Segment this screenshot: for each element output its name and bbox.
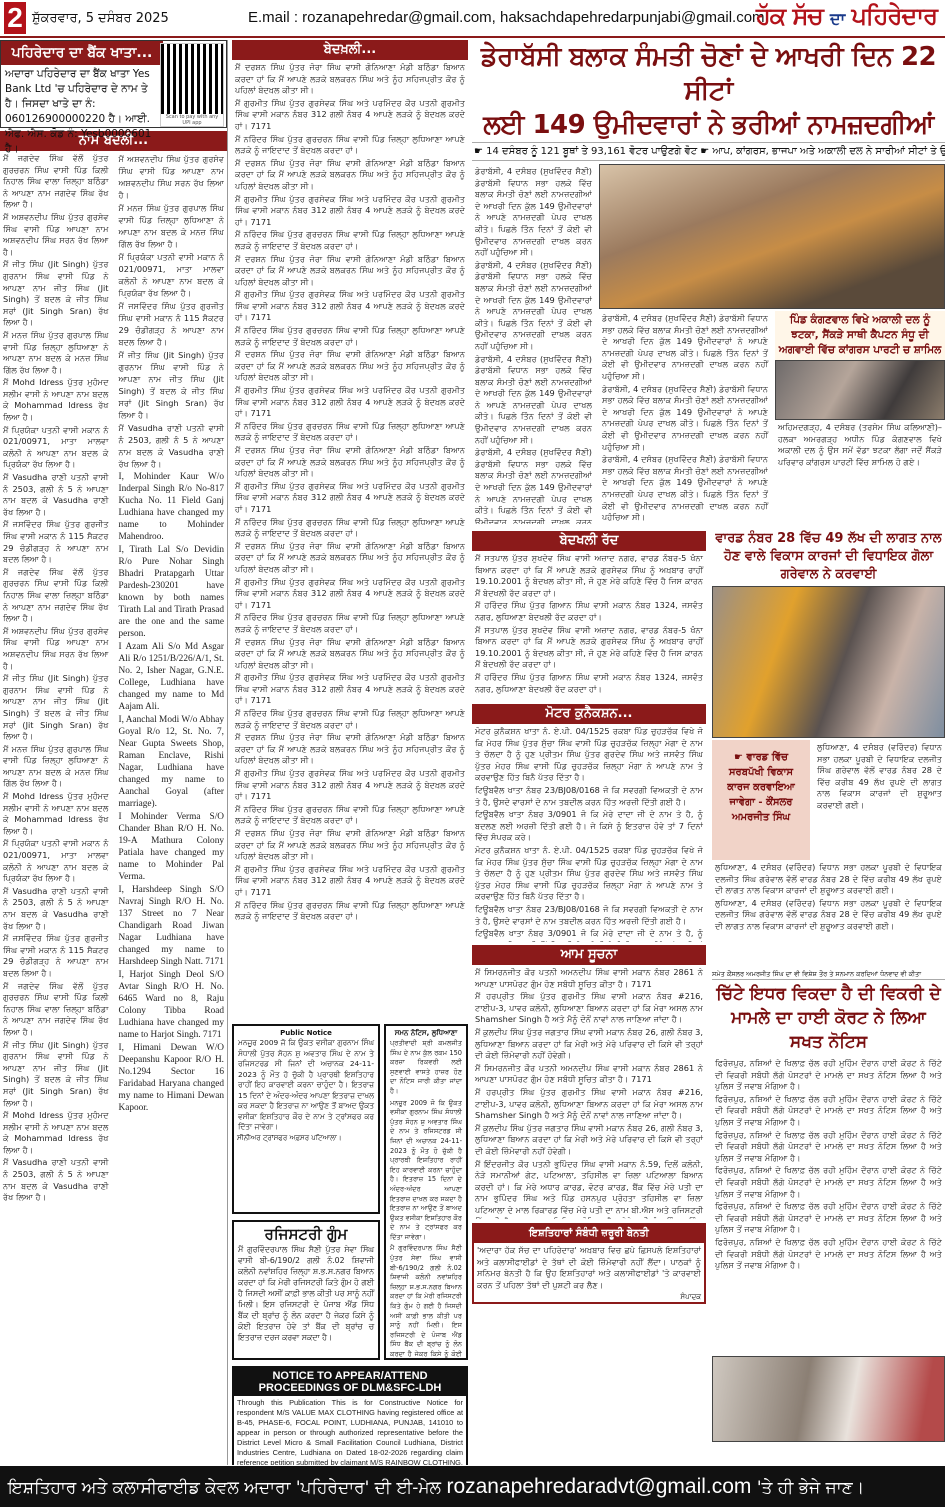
- paragraph: ਡੇਰਾਬੱਸੀ, 4 ਦਸੰਬਰ (ਸੁਖਵਿੰਦਰ ਸੈਣੀ) ਡੇਰਾਬੱ…: [602, 384, 768, 454]
- list-item: ਮੈਂ ਗੁਰਮੀਤ ਸਿੰਘ ਪੁੱਤਰ ਗੁਰਸੇਵਕ ਸਿੰਘ ਅਤੇ ਪ…: [235, 577, 465, 612]
- registry-lost-box: ਰਜਿਸਟਰੀ ਗੁੰਮ ਮੈਂ ਗੁਰਵਿੰਦਰਪਾਲ ਸਿੰਘ ਸੈਣੀ ਪ…: [232, 1220, 380, 1360]
- ads-notice-box: ਇਸ਼ਤਿਹਾਰਾਂ ਸੰਬੰਧੀ ਜ਼ਰੂਰੀ ਬੇਨਤੀ 'ਅਦਾਰਾ ਹੱ…: [472, 1223, 706, 1304]
- list-item: ਮੈਂ ਦਰਸ਼ਨ ਸਿੰਘ ਪੁੱਤਰ ਜੋਰਾ ਸਿੰਘ ਵਾਸੀ ਗੋਨਿ…: [235, 445, 465, 480]
- list-item: ਮੈਂ ਕੁਲਦੀਪ ਸਿੰਘ ਪੁੱਤਰ ਜਗਤਾਰ ਸਿੰਘ ਵਾਸੀ ਮਕ…: [475, 1027, 703, 1062]
- list-item: ਮੈਂ ਪ੍ਰਿਯੰਕਾ ਪਤਨੀ ਵਾਸੀ ਮਕਾਨ ਨੰ 021/00971…: [3, 838, 109, 884]
- paragraph: ਫਿਰੋਜ਼ਪੁਰ, ਨਸ਼ਿਆਂ ਦੇ ਖਿਲਾਫ਼ ਚੱਲ ਰਹੀ ਮੁਹਿ…: [715, 1094, 942, 1129]
- public-notice-signature: ਸੀਨੀਅਰ ਟ੍ਰਾਂਸਫਰ ਅਫ਼ਸਰ ਪਟਿਆਲਾ।: [237, 1134, 375, 1143]
- ads-notice-signature: ਸੰਪਾਦਕ: [474, 1293, 704, 1302]
- court-notice-body-2: ਮਨਜ਼ੂਰ 2009 ਜੋ ਕਿ ਉਕਤ ਵਸੀਕਾ ਗੁਰਨਾਮ ਸਿੰਘ …: [389, 1098, 463, 1244]
- list-item-en: I, Harjot Singh Deol S/O Avtar Singh R/O…: [119, 969, 225, 1041]
- logo-right: ਪਹਿਰੇਦਾਰ: [852, 2, 937, 30]
- list-item: ਮੈਂ ਹਰਪ੍ਰੀਤ ਸਿੰਘ ਪੁੱਤਰ ਗੁਰਮੀਤ ਸਿੰਘ ਵਾਸੀ …: [475, 991, 703, 1026]
- list-item: ਮੈਂ ਜੀਤ ਸਿੰਘ (Jit Singh) ਪੁੱਤਰ ਗੁਰਨਾਮ ਸਿ…: [3, 1040, 109, 1110]
- story-3-body-2: ਲੁਧਿਆਣਾ, 4 ਦਸੰਬਰ (ਵਰਿੰਦਰ) ਵਿਧਾਨ ਸਭਾ ਹਲਕਾ…: [712, 860, 945, 970]
- paragraph: ਡੇਰਾਬੱਸੀ, 4 ਦਸੰਬਰ (ਸੁਖਵਿੰਦਰ ਸੈਣੀ) ਡੇਰਾਬੱ…: [475, 166, 592, 259]
- public-notice-box: Public Notice ਮਨਜ਼ੂਰ 2009 ਜੋ ਕਿ ਉਕਤ ਵਸੀਕ…: [232, 1024, 380, 1214]
- list-item: ਮੈਂ ਜਗਦੇਵ ਸਿੰਘ ਵੱਲੋਂ ਪੁੱਤਰ ਗੁਰਚਰਨ ਸਿੰਘ ਵ…: [3, 567, 109, 625]
- disown-cancel-list: ਮੈਂ ਸਤਪਾਲ ਪੁੱਤਰ ਸੁਖਦੇਵ ਸਿੰਘ ਵਾਸੀ ਅਜ਼ਾਦ ਨ…: [472, 551, 706, 701]
- list-item: ਮੈਂ Mohd Idress ਪੁੱਤਰ ਮੁਹੰਮਦ ਸਲੀਮ ਵਾਸੀ ਨ…: [3, 377, 109, 423]
- list-item: ਮੈਂ Mohd Idress ਪੁੱਤਰ ਮੁਹੰਮਦ ਸਲੀਮ ਵਾਸੀ ਨ…: [3, 1110, 109, 1156]
- list-item: ਮੈਂ ਨਰਿੰਦਰ ਸਿੰਘ ਪੁੱਤਰ ਗੁਰਚਰਨ ਸਿੰਘ ਵਾਸੀ ਪ…: [235, 612, 465, 635]
- list-item: ਮੈਂ ਦਰਸ਼ਨ ਸਿੰਘ ਪੁੱਤਰ ਜੋਰਾ ਸਿੰਘ ਵਾਸੀ ਗੋਨਿ…: [235, 62, 465, 97]
- paragraph: ਲੁਧਿਆਣਾ, 4 ਦਸੰਬਰ (ਵਰਿੰਦਰ) ਵਿਧਾਨ ਸਭਾ ਹਲਕਾ…: [715, 862, 942, 897]
- list-item: ਮੋਟਰ ਕੁਨੈਕਸ਼ਨ ਖਾਤਾ ਨੰ. ਏ.ਪੀ. 04/1525 ਰਕਬ…: [475, 726, 703, 784]
- qr-code-icon[interactable]: Scan to pay with any UPI app: [160, 43, 224, 127]
- list-item: ਟਿਊਬਵੈਲ ਖਾਤਾ ਨੰਬਰ 23/BJ08/0168 ਜੋ ਕਿ ਸਵਰ…: [475, 785, 703, 808]
- list-item: ਮੈਂ ਨਰਿੰਦਰ ਸਿੰਘ ਪੁੱਤਰ ਗੁਰਚਰਨ ਸਿੰਘ ਵਾਸੀ ਪ…: [235, 708, 465, 731]
- list-item: ਮੈਂ ਜੀਤ ਸਿੰਘ (Jit Singh) ਪੁੱਤਰ ਗੁਰਨਾਮ ਸਿ…: [119, 349, 225, 421]
- bank-account-box: ਪਹਿਰੇਦਾਰ ਦਾ ਬੈਂਕ ਖਾਤਾ... ਅਦਾਰਾ ਪਹਿਰੇਦਾਰ …: [0, 40, 227, 128]
- list-item: ਮੋਟਰ ਕੁਨੈਕਸ਼ਨ ਖਾਤਾ ਨੰ. ਏ.ਪੀ. 04/1525 ਰਕਬ…: [475, 845, 703, 903]
- header-email[interactable]: E.mail : rozanapehredar@gmail.com, haksa…: [248, 9, 765, 26]
- paragraph: ਡੇਰਾਬੱਸੀ, 4 ਦਸੰਬਰ (ਸੁਖਵਿੰਦਰ ਸੈਣੀ) ਡੇਰਾਬੱ…: [475, 447, 592, 524]
- list-item-en: I Azam Ali S/o Md Asgar Ali R/o 1251/B/2…: [119, 641, 225, 713]
- story-4-photo: [712, 1356, 945, 1442]
- lead-headline-2: ਲਈ 149 ਉਮੀਦਵਾਰਾਂ ਨੇ ਭਰੀਆਂ ਨਾਮਜ਼ਦਗੀਆਂ: [472, 108, 945, 142]
- dlm-notice: NOTICE TO APPEAR/ATTEND PROCEEDINGS OF D…: [232, 1366, 468, 1465]
- lead-story-block: ਡੇਰਾਬੱਸੀ, 4 ਦਸੰਬਰ (ਸੁਖਵਿੰਦਰ ਸੈਣੀ) ਡੇਰਾਬੱ…: [472, 164, 945, 528]
- list-item: ਮੈਂ ਗੁਰਮੀਤ ਸਿੰਘ ਪੁੱਤਰ ਗੁਰਸੇਵਕ ਸਿੰਘ ਅਤੇ ਪ…: [235, 672, 465, 707]
- dlm-notice-body: Through this Publication This is for Con…: [234, 1396, 466, 1465]
- list-item: ਮੈਂ ਸਿਮਰਨਜੀਤ ਕੌਰ ਪਤਨੀ ਅਮਨਦੀਪ ਸਿੰਘ ਵਾਸੀ ਮ…: [475, 967, 703, 990]
- paragraph: ਡੇਰਾਬੱਸੀ, 4 ਦਸੰਬਰ (ਸੁਖਵਿੰਦਰ ਸੈਣੀ) ਡੇਰਾਬੱ…: [475, 354, 592, 447]
- section-disown-cancel: ਬੇਦਖਲੀ ਰੱਦ: [472, 531, 706, 551]
- list-item: ਮੈਂ ਅਸ਼ਵਨਦੀਪ ਸਿੰਘ ਪੁੱਤਰ ਗੁਰਸੇਵ ਸਿੰਘ ਵਾਸੀ…: [119, 153, 225, 201]
- name-change-punjabi: ਮੈਂ ਜਗਦੇਵ ਸਿੰਘ ਵੱਲੋਂ ਪੁੱਤਰ ਗੁਰਚਰਨ ਸਿੰਘ ਵ…: [0, 151, 112, 1207]
- list-item: ਮੈਂ ਦਰਸ਼ਨ ਸਿੰਘ ਪੁੱਤਰ ਜੋਰਾ ਸਿੰਘ ਵਾਸੀ ਗੋਨਿ…: [235, 349, 465, 384]
- story-4-body: ਫਿਰੋਜ਼ਪੁਰ, ਨਸ਼ਿਆਂ ਦੇ ਖਿਲਾਫ਼ ਚੱਲ ਰਹੀ ਮੁਹਿ…: [712, 1056, 945, 1356]
- paragraph: ਡੇਰਾਬੱਸੀ, 4 ਦਸੰਬਰ (ਸੁਖਵਿੰਦਰ ਸੈਣੀ) ਡੇਰਾਬੱ…: [475, 260, 592, 353]
- paragraph: ਫਿਰੋਜ਼ਪੁਰ, ਨਸ਼ਿਆਂ ਦੇ ਖਿਲਾਫ਼ ਚੱਲ ਰਹੀ ਮੁਹਿ…: [715, 1165, 942, 1200]
- lead-story-body-2: ਡੇਰਾਬੱਸੀ, 4 ਦਸੰਬਰ (ਸੁਖਵਿੰਦਰ ਸੈਣੀ) ਡੇਰਾਬੱ…: [599, 311, 771, 521]
- story-2: ਪਿੰਡ ਕੰਗਣਵਾਲ ਵਿਖੇ ਅਕਾਲੀ ਦਲ ਨੂੰ ਝਟਕਾ, ਸੈਂ…: [775, 311, 945, 528]
- page-header: 2 ਸ਼ੁੱਕਰਵਾਰ, 5 ਦਸੰਬਰ 2025 E.mail : rozan…: [0, 0, 945, 38]
- issue-date: ਸ਼ੁੱਕਰਵਾਰ, 5 ਦਸੰਬਰ 2025: [32, 11, 169, 26]
- dlm-notice-title: NOTICE TO APPEAR/ATTEND PROCEEDINGS OF D…: [234, 1368, 466, 1396]
- bank-body: ਅਦਾਰਾ ਪਹਿਰੇਦਾਰ ਦਾ ਬੈਂਕ ਖਾਤਾ Yes Bank Ltd…: [5, 67, 161, 157]
- list-item-en: I, Harshdeep Singh S/O Navraj Singh R/O …: [119, 884, 225, 968]
- court-notice-title: ਸਮਨ ਨੋਟਿਸ, ਲੁਧਿਆਣਾ: [389, 1029, 463, 1038]
- disown-list: ਮੈਂ ਦਰਸ਼ਨ ਸਿੰਘ ਪੁੱਤਰ ਜੋਰਾ ਸਿੰਘ ਵਾਸੀ ਗੋਨਿ…: [232, 60, 468, 1020]
- list-item: ਮੈਂ ਅਸ਼ਵਨਦੀਪ ਸਿੰਘ ਪੁੱਤਰ ਗੁਰਸੇਵ ਸਿੰਘ ਵਾਸੀ…: [3, 626, 109, 672]
- list-item: ਮੈਂ ਨਰਿੰਦਰ ਸਿੰਘ ਪੁੱਤਰ ਗੁਰਚਰਨ ਸਿੰਘ ਵਾਸੀ ਪ…: [235, 517, 465, 540]
- name-change-mixed: ਮੈਂ ਅਸ਼ਵਨਦੀਪ ਸਿੰਘ ਪੁੱਤਰ ਗੁਰਸੇਵ ਸਿੰਘ ਵਾਸੀ…: [116, 151, 228, 1207]
- list-item: ਮੈਂ ਨਰਿੰਦਰ ਸਿੰਘ ਪੁੱਤਰ ਗੁਰਚਰਨ ਸਿੰਘ ਵਾਸੀ ਪ…: [235, 804, 465, 827]
- paragraph: ਲੁਧਿਆਣਾ, 4 ਦਸੰਬਰ (ਵਰਿੰਦਰ) ਵਿਧਾਨ ਸਭਾ ਹਲਕਾ…: [715, 898, 942, 933]
- list-item: ਮੈਂ ਜਸਵਿੰਦਰ ਸਿੰਘ ਪੁੱਤਰ ਗੁਰਜੀਤ ਸਿੰਘ ਵਾਸੀ …: [3, 933, 109, 979]
- page-number: 2: [4, 2, 26, 34]
- list-item: ਮੈਂ ਗੁਰਮੀਤ ਸਿੰਘ ਪੁੱਤਰ ਗੁਰਸੇਵਕ ਸਿੰਘ ਅਤੇ ਪ…: [235, 194, 465, 229]
- list-item-en: I, Mohinder Kaur W/o Inderpal Singh R/o …: [119, 471, 225, 543]
- list-item: ਮੈਂ ਗੁਰਮੀਤ ਸਿੰਘ ਪੁੱਤਰ ਗੁਰਸੇਵਕ ਸਿੰਘ ਅਤੇ ਪ…: [235, 385, 465, 420]
- list-item: ਮੈਂ ਮਨਜ਼ ਸਿੰਘ ਪੁੱਤਰ ਗੁਰਪਾਲ ਸਿੰਘ ਵਾਸੀ ਪਿੰ…: [3, 330, 109, 376]
- list-item: ਮੈਂ ਹਰਿੰਦਰ ਸਿੰਘ ਪੁੱਤਰ ਗਿਆਨ ਸਿੰਘ ਵਾਸੀ ਮਕਾ…: [475, 672, 703, 695]
- ads-notice-title: ਇਸ਼ਤਿਹਾਰਾਂ ਸੰਬੰਧੀ ਜ਼ਰੂਰੀ ਬੇਨਤੀ: [474, 1225, 704, 1243]
- list-item: ਮੈਂ ਹਰਪ੍ਰੀਤ ਸਿੰਘ ਪੁੱਤਰ ਗੁਰਮੀਤ ਸਿੰਘ ਵਾਸੀ …: [475, 1087, 703, 1122]
- list-item: ਮੈਂ ਦਰਸ਼ਨ ਸਿੰਘ ਪੁੱਤਰ ਜੋਰਾ ਸਿੰਘ ਵਾਸੀ ਗੋਨਿ…: [235, 732, 465, 767]
- story-3-photo: [712, 586, 945, 738]
- section-meter: ਮੋਟਰ ਕੁਨੈਕਸ਼ਨ...: [472, 704, 706, 724]
- ads-notice-body: 'ਅਦਾਰਾ ਹੱਕ ਸੱਚ ਦਾ ਪਹਿਰੇਦਾਰ' ਅਖ਼ਬਾਰ ਵਿਚ ਛ…: [474, 1243, 704, 1293]
- list-item: ਮੈਂ ਗੁਰਮੀਤ ਸਿੰਘ ਪੁੱਤਰ ਗੁਰਸੇਵਕ ਸਿੰਘ ਅਤੇ ਪ…: [235, 98, 465, 133]
- list-item-en: I, Tirath Lal S/o Devidin R/o Pure Nohar…: [119, 544, 225, 640]
- list-item: ਮੈਂ ਸਤਪਾਲ ਪੁੱਤਰ ਸੁਖਦੇਵ ਸਿੰਘ ਵਾਸੀ ਅਜ਼ਾਦ ਨ…: [475, 553, 703, 599]
- story-3-headline: ਵਾਰਡ ਨੰਬਰ 28 ਵਿੱਚ 49 ਲੱਖ ਦੀ ਲਾਗਤ ਨਾਲ ਹੋਣ…: [712, 528, 945, 586]
- list-item: ਮੈਂ ਗੁਰਮੀਤ ਸਿੰਘ ਪੁੱਤਰ ਗੁਰਸੇਵਕ ਸਿੰਘ ਅਤੇ ਪ…: [235, 768, 465, 803]
- list-item: ਮੈਂ ਗੁਰਮੀਤ ਸਿੰਘ ਪੁੱਤਰ ਗੁਰਸੇਵਕ ਸਿੰਘ ਅਤੇ ਪ…: [235, 864, 465, 899]
- list-item: ਮੈਂ ਜੀਤ ਸਿੰਘ (Jit Singh) ਪੁੱਤਰ ਗੁਰਨਾਮ ਸਿ…: [3, 259, 109, 329]
- list-item: ਮੈਂ ਗੁਰਮੀਤ ਸਿੰਘ ਪੁੱਤਰ ਗੁਰਸੇਵਕ ਸਿੰਘ ਅਤੇ ਪ…: [235, 289, 465, 324]
- lower-right-block: ਬੇਦਖਲੀ ਰੱਦ ਮੈਂ ਸਤਪਾਲ ਪੁੱਤਰ ਸੁਖਦੇਵ ਸਿੰਘ ਵ…: [472, 528, 945, 1442]
- list-item: ਮੈਂ ਜਸਵਿੰਦਰ ਸਿੰਘ ਪੁੱਤਰ ਗੁਰਜੀਤ ਸਿੰਘ ਵਾਸੀ …: [119, 300, 225, 348]
- public-notice-body: ਮਨਜ਼ੂਰ 2009 ਜੋ ਕਿ ਉਕਤ ਵਸੀਕਾ ਗੁਰਨਾਮ ਸਿੰਘ …: [237, 1037, 375, 1134]
- list-item: ਮੈਂ ਜਸਵਿੰਦਰ ਸਿੰਘ ਪੁੱਤਰ ਗੁਰਜੀਤ ਸਿੰਘ ਵਾਸੀ …: [3, 519, 109, 565]
- footer-email[interactable]: rozanapehredaradvt@gmail.com: [446, 1475, 751, 1498]
- list-item: ਮੈਂ ਦਰਸ਼ਨ ਸਿੰਘ ਪੁੱਤਰ ਜੋਰਾ ਸਿੰਘ ਵਾਸੀ ਗੋਨਿ…: [235, 254, 465, 289]
- story-3-body: ਲੁਧਿਆਣਾ, 4 ਦਸੰਬਰ (ਵਰਿੰਦਰ) ਵਿਧਾਨ ਸਭਾ ਹਲਕਾ…: [814, 740, 945, 860]
- list-item: ਮੈਂ Vasudha ਰਾਣੀ ਪਤਨੀ ਵਾਸੀ ਨੰ 2503, ਗਲੀ …: [3, 472, 109, 518]
- list-item: ਮੈਂ ਦਰਸ਼ਨ ਸਿੰਘ ਪੁੱਤਰ ਜੋਰਾ ਸਿੰਘ ਵਾਸੀ ਗੋਨਿ…: [235, 541, 465, 576]
- lead-story-body: ਡੇਰਾਬੱਸੀ, 4 ਦਸੰਬਰ (ਸੁਖਵਿੰਦਰ ਸੈਣੀ) ਡੇਰਾਬੱ…: [472, 164, 595, 524]
- list-item: ਮੈਂ Vasudha ਰਾਣੀ ਪਤਨੀ ਵਾਸੀ ਨੰ 2503, ਗਲੀ …: [119, 422, 225, 470]
- masthead-logo: ਹੱਕ ਸੱਚ ਦਾ ਪਹਿਰੇਦਾਰ: [756, 2, 937, 30]
- meter-list: ਮੋਟਰ ਕੁਨੈਕਸ਼ਨ ਖਾਤਾ ਨੰ. ਏ.ਪੀ. 04/1525 ਰਕਬ…: [472, 724, 706, 942]
- list-item: ਮੈਂ ਦਰਸ਼ਨ ਸਿੰਘ ਪੁੱਤਰ ਜੋਰਾ ਸਿੰਘ ਵਾਸੀ ਗੋਨਿ…: [235, 637, 465, 672]
- list-item: ਮੈਂ ਇੰਦਰਜੀਤ ਕੌਰ ਪਤਨੀ ਭੁਪਿੰਦਰ ਸਿੰਘ ਵਾਸੀ ਮ…: [475, 1159, 703, 1220]
- paragraph: ਫਿਰੋਜ਼ਪੁਰ, ਨਸ਼ਿਆਂ ਦੇ ਖਿਲਾਫ਼ ਚੱਲ ਰਹੀ ਮੁਹਿ…: [715, 1237, 942, 1272]
- list-item: ਮੈਂ ਜੀਤ ਸਿੰਘ (Jit Singh) ਪੁੱਤਰ ਗੁਰਨਾਮ ਸਿ…: [3, 673, 109, 743]
- list-item: ਮੈਂ ਨਰਿੰਦਰ ਸਿੰਘ ਪੁੱਤਰ ਗੁਰਚਰਨ ਸਿੰਘ ਵਾਸੀ ਪ…: [235, 134, 465, 157]
- list-item-en: I Mohinder Verma S/O Chander Bhan R/O H.…: [119, 811, 225, 883]
- middle-column: ਬੇਦਖ਼ਲੀ... ਮੈਂ ਦਰਸ਼ਨ ਸਿੰਘ ਪੁੱਤਰ ਜੋਰਾ ਸਿੰ…: [232, 40, 468, 1465]
- right-column: ਡੇਰਾਬੱਸੀ ਬਲਾਕ ਸੰਮਤੀ ਚੋਣਾਂ ਦੇ ਆਖਰੀ ਦਿਨ 22…: [472, 40, 945, 1465]
- lead-subhead: ☛ 14 ਦਸੰਬਰ ਨੂੰ 121 ਬੂਥਾਂ ਤੇ 93,161 ਵੋਟਰ …: [472, 142, 945, 161]
- footer-suffix: 'ਤੇ ਹੀ ਭੇਜੇ ਜਾਣ।: [757, 1478, 864, 1498]
- list-item: ਟਿਊਬਵੈਲ ਖਾਤਾ ਨੰਬਰ 3/0901 ਜੋ ਕਿ ਮੇਰੇ ਦਾਦਾ…: [475, 809, 703, 844]
- list-item: ਮੈਂ ਮਨਜ਼ ਸਿੰਘ ਪੁੱਤਰ ਗੁਰਪਾਲ ਸਿੰਘ ਵਾਸੀ ਪਿੰ…: [119, 202, 225, 250]
- list-item: ਮੈਂ ਪ੍ਰਿਯੰਕਾ ਪਤਨੀ ਵਾਸੀ ਮਕਾਨ ਨੰ 021/00971…: [3, 425, 109, 471]
- list-item: ਮੈਂ ਨਰਿੰਦਰ ਸਿੰਘ ਪੁੱਤਰ ਗੁਰਚਰਨ ਸਿੰਘ ਵਾਸੀ ਪ…: [235, 421, 465, 444]
- legal-left: Public Notice ਮਨਜ਼ੂਰ 2009 ਜੋ ਕਿ ਉਕਤ ਵਸੀਕ…: [232, 1024, 380, 1360]
- list-item: ਮੈਂ Vasudha ਰਾਣੀ ਪਤਨੀ ਵਾਸੀ ਨੰ 2503, ਗਲੀ …: [3, 1157, 109, 1203]
- public-notice-list: ਮੈਂ ਸਿਮਰਨਜੀਤ ਕੌਰ ਪਤਨੀ ਅਮਨਦੀਪ ਸਿੰਘ ਵਾਸੀ ਮ…: [472, 965, 706, 1219]
- stories-right: ਵਾਰਡ ਨੰਬਰ 28 ਵਿੱਚ 49 ਲੱਖ ਦੀ ਲਾਗਤ ਨਾਲ ਹੋਣ…: [712, 528, 945, 1442]
- list-item: ਮੈਂ Mohd Idress ਪੁੱਤਰ ਮੁਹੰਮਦ ਸਲੀਮ ਵਾਸੀ ਨ…: [3, 791, 109, 837]
- section-disown: ਬੇਦਖ਼ਲੀ...: [232, 40, 468, 60]
- list-item: ਮੈਂ ਕੁਲਦੀਪ ਸਿੰਘ ਪੁੱਤਰ ਜਗਤਾਰ ਸਿੰਘ ਵਾਸੀ ਮਕ…: [475, 1123, 703, 1158]
- list-item: ਮੈਂ ਜਗਦੇਵ ਸਿੰਘ ਵੱਲੋਂ ਪੁੱਤਰ ਗੁਰਚਰਨ ਸਿੰਘ ਵ…: [3, 153, 109, 211]
- list-item: ਮੈਂ ਗੁਰਮੀਤ ਸਿੰਘ ਪੁੱਤਰ ਗੁਰਸੇਵਕ ਸਿੰਘ ਅਤੇ ਪ…: [235, 481, 465, 516]
- list-item: ਟਿਊਬਵੈਲ ਖਾਤਾ ਨੰਬਰ 23/BJ08/0168 ਜੋ ਕਿ ਸਵਰ…: [475, 904, 703, 927]
- classifieds-right: ਬੇਦਖਲੀ ਰੱਦ ਮੈਂ ਸਤਪਾਲ ਪੁੱਤਰ ਸੁਖਦੇਵ ਸਿੰਘ ਵ…: [472, 528, 706, 1442]
- list-item: ਮੈਂ ਪ੍ਰਿਯੰਕਾ ਪਤਨੀ ਵਾਸੀ ਮਕਾਨ ਨੰ 021/00971…: [119, 251, 225, 299]
- story-4-headline: ਚਿੱਟੇ ਇਧਰ ਵਿਕਦਾ ਹੈ ਦੀ ਵਿਕਰੀ ਦੇ ਮਾਮਲੇ ਦਾ …: [712, 980, 945, 1056]
- paragraph: ਡੇਰਾਬੱਸੀ, 4 ਦਸੰਬਰ (ਸੁਖਵਿੰਦਰ ਸੈਣੀ) ਡੇਰਾਬੱ…: [602, 454, 768, 521]
- paragraph: ਫਿਰੋਜ਼ਪੁਰ, ਨਸ਼ਿਆਂ ਦੇ ਖਿਲਾਫ਼ ਚੱਲ ਰਹੀ ਮੁਹਿ…: [715, 1058, 942, 1093]
- footer-text: ਇਸ਼ਤਿਹਾਰ ਅਤੇ ਕਲਾਸੀਫਾਈਡ ਕੇਵਲ ਅਦਾਰਾ 'ਪਹਿਰੇ…: [8, 1478, 441, 1498]
- logo-left: ਹੱਕ ਸੱਚ: [756, 2, 823, 30]
- list-item: ਮੈਂ ਸਤਪਾਲ ਪੁੱਤਰ ਸੁਖਦੇਵ ਸਿੰਘ ਵਾਸੀ ਅਜ਼ਾਦ ਨ…: [475, 625, 703, 671]
- court-notice-box: ਸਮਨ ਨੋਟਿਸ, ਲੁਧਿਆਣਾ ਪ੍ਰਤੀਵਾਦੀ ਸ਼੍ਰੀ ਕਮਲਜੀ…: [384, 1024, 468, 1360]
- list-item: ਮੈਂ ਹਰਿੰਦਰ ਸਿੰਘ ਪੁੱਤਰ ਗਿਆਨ ਸਿੰਘ ਵਾਸੀ ਮਕਾ…: [475, 600, 703, 623]
- lead-story-right: ਡੇਰਾਬੱਸੀ, 4 ਦਸੰਬਰ (ਸੁਖਵਿੰਦਰ ਸੈਣੀ) ਡੇਰਾਬੱ…: [599, 164, 945, 528]
- court-notice-body: ਪ੍ਰਤੀਵਾਦੀ ਸ਼੍ਰੀ ਕਮਲਜੀਤ ਸਿੰਘ ਦੇ ਨਾਮ ਕੁੱਲ …: [389, 1038, 463, 1098]
- section-public-notice: ਆਮ ਸੂਚਨਾ: [472, 945, 706, 965]
- list-item: ਮੈਂ ਨਰਿੰਦਰ ਸਿੰਘ ਪੁੱਤਰ ਗੁਰਚਰਨ ਸਿੰਘ ਵਾਸੀ ਪ…: [235, 900, 465, 923]
- list-item: ਮੈਂ ਅਸ਼ਵਨਦੀਪ ਸਿੰਘ ਪੁੱਤਰ ਗੁਰਸੇਵ ਸਿੰਘ ਵਾਸੀ…: [3, 212, 109, 258]
- paragraph: ਫਿਰੋਜ਼ਪੁਰ, ਨਸ਼ਿਆਂ ਦੇ ਖਿਲਾਫ਼ ਚੱਲ ਰਹੀ ਮੁਹਿ…: [715, 1130, 942, 1165]
- bank-title: ਪਹਿਰੇਦਾਰ ਦਾ ਬੈਂਕ ਖਾਤਾ...: [1, 41, 163, 65]
- lead-photo: [599, 164, 945, 309]
- left-column: ਪਹਿਰੇਦਾਰ ਦਾ ਬੈਂਕ ਖਾਤਾ... ਅਦਾਰਾ ਪਹਿਰੇਦਾਰ …: [0, 40, 228, 1465]
- story-3-footer: ਸਮੇਤ ਕੌਂਸਲਰ ਅਮਰਜੀਤ ਸਿੰਘ ਦਾ ਵੀ ਵਿਸ਼ੇਸ਼ ਤੌ…: [712, 970, 945, 980]
- footer-banner: ਇਸ਼ਤਿਹਾਰ ਅਤੇ ਕਲਾਸੀਫਾਈਡ ਕੇਵਲ ਅਦਾਰਾ 'ਪਹਿਰੇ…: [0, 1466, 945, 1507]
- list-item: ਟਿਊਬਵੈਲ ਖਾਤਾ ਨੰਬਰ 3/0901 ਜੋ ਕਿ ਮੇਰੇ ਦਾਦਾ…: [475, 928, 703, 942]
- list-item: ਮੈਂ ਦਰਸ਼ਨ ਸਿੰਘ ਪੁੱਤਰ ਜੋਰਾ ਸਿੰਘ ਵਾਸੀ ਗੋਨਿ…: [235, 828, 465, 863]
- paragraph: ਫਿਰੋਜ਼ਪੁਰ, ਨਸ਼ਿਆਂ ਦੇ ਖਿਲਾਫ਼ ਚੱਲ ਰਹੀ ਮੁਹਿ…: [715, 1201, 942, 1236]
- story-2-body: ਅਹਿਮਦਗੜ੍ਹ, 4 ਦਸੰਬਰ (ਤਰਸੇਮ ਸਿੰਘ ਕਲਿਆਣੀ)–ਹ…: [775, 420, 945, 528]
- story-2-headline: ਪਿੰਡ ਕੰਗਣਵਾਲ ਵਿਖੇ ਅਕਾਲੀ ਦਲ ਨੂੰ ਝਟਕਾ, ਸੈਂ…: [775, 311, 945, 360]
- story-2-photo: [775, 360, 945, 420]
- list-item: ਮੈਂ ਜਗਦੇਵ ਸਿੰਘ ਵੱਲੋਂ ਪੁੱਤਰ ਗੁਰਚਰਨ ਸਿੰਘ ਵ…: [3, 981, 109, 1039]
- list-item: ਮੈਂ ਸਿਮਰਨਜੀਤ ਕੌਰ ਪਤਨੀ ਅਮਨਦੀਪ ਸਿੰਘ ਵਾਸੀ ਮ…: [475, 1063, 703, 1086]
- name-change-columns: ਮੈਂ ਜਗਦੇਵ ਸਿੰਘ ਵੱਲੋਂ ਪੁੱਤਰ ਗੁਰਚਰਨ ਸਿੰਘ ਵ…: [0, 151, 227, 1207]
- list-item: ਮੈਂ ਨਰਿੰਦਰ ਸਿੰਘ ਪੁੱਤਰ ਗੁਰਚਰਨ ਸਿੰਘ ਵਾਸੀ ਪ…: [235, 229, 465, 252]
- qr-caption: Scan to pay with any UPI app: [161, 114, 223, 126]
- list-item: ਮੈਂ ਮਨਜ਼ ਸਿੰਘ ਪੁੱਤਰ ਗੁਰਪਾਲ ਸਿੰਘ ਵਾਸੀ ਪਿੰ…: [3, 744, 109, 790]
- registry-lost-title: ਰਜਿਸਟਰੀ ਗੁੰਮ: [237, 1225, 375, 1243]
- registry-lost-body: ਮੈਂ ਗੁਰਵਿੰਦਰਪਾਲ ਸਿੰਘ ਸੈਣੀ ਪੁੱਤਰ ਸੇਵਾ ਸਿੰ…: [237, 1243, 375, 1344]
- list-item-en: I, Aanchal Modi W/o Abhay Goyal R/o 12, …: [119, 714, 225, 810]
- story-3-pull-quote: ☛ ਵਾਰਡ ਵਿੱਚ ਸਰਬਪੱਖੀ ਵਿਕਾਸ ਕਾਰਜ ਕਰਵਾਇਆ ਜਾ…: [712, 740, 810, 860]
- paragraph: ਡੇਰਾਬੱਸੀ, 4 ਦਸੰਬਰ (ਸੁਖਵਿੰਦਰ ਸੈਣੀ) ਡੇਰਾਬੱ…: [602, 313, 768, 383]
- logo-mid: ਦਾ: [830, 9, 844, 28]
- public-notice-title: Public Notice: [237, 1029, 375, 1037]
- list-item-en: I, Himani Dewan W/O Deepanshu Kapoor R/O…: [119, 1042, 225, 1114]
- lead-headline-1: ਡੇਰਾਬੱਸੀ ਬਲਾਕ ਸੰਮਤੀ ਚੋਣਾਂ ਦੇ ਆਖਰੀ ਦਿਨ 22…: [472, 40, 945, 108]
- list-item: ਮੈਂ Vasudha ਰਾਣੀ ਪਤਨੀ ਵਾਸੀ ਨੰ 2503, ਗਲੀ …: [3, 886, 109, 932]
- legal-notices-row: Public Notice ਮਨਜ਼ੂਰ 2009 ਜੋ ਕਿ ਉਕਤ ਵਸੀਕ…: [232, 1024, 468, 1360]
- court-notice-body-3: ਮੈਂ ਗੁਰਵਿੰਦਰਪਾਲ ਸਿੰਘ ਸੈਣੀ ਪੁੱਤਰ ਸੇਵਾ ਸਿੰ…: [389, 1243, 463, 1360]
- lead-story-text-col: ਡੇਰਾਬੱਸੀ, 4 ਦਸੰਬਰ (ਸੁਖਵਿੰਦਰ ਸੈਣੀ) ਡੇਰਾਬੱ…: [472, 164, 595, 528]
- list-item: ਮੈਂ ਨਰਿੰਦਰ ਸਿੰਘ ਪੁੱਤਰ ਗੁਰਚਰਨ ਸਿੰਘ ਵਾਸੀ ਪ…: [235, 325, 465, 348]
- list-item: ਮੈਂ ਦਰਸ਼ਨ ਸਿੰਘ ਪੁੱਤਰ ਜੋਰਾ ਸਿੰਘ ਵਾਸੀ ਗੋਨਿ…: [235, 158, 465, 193]
